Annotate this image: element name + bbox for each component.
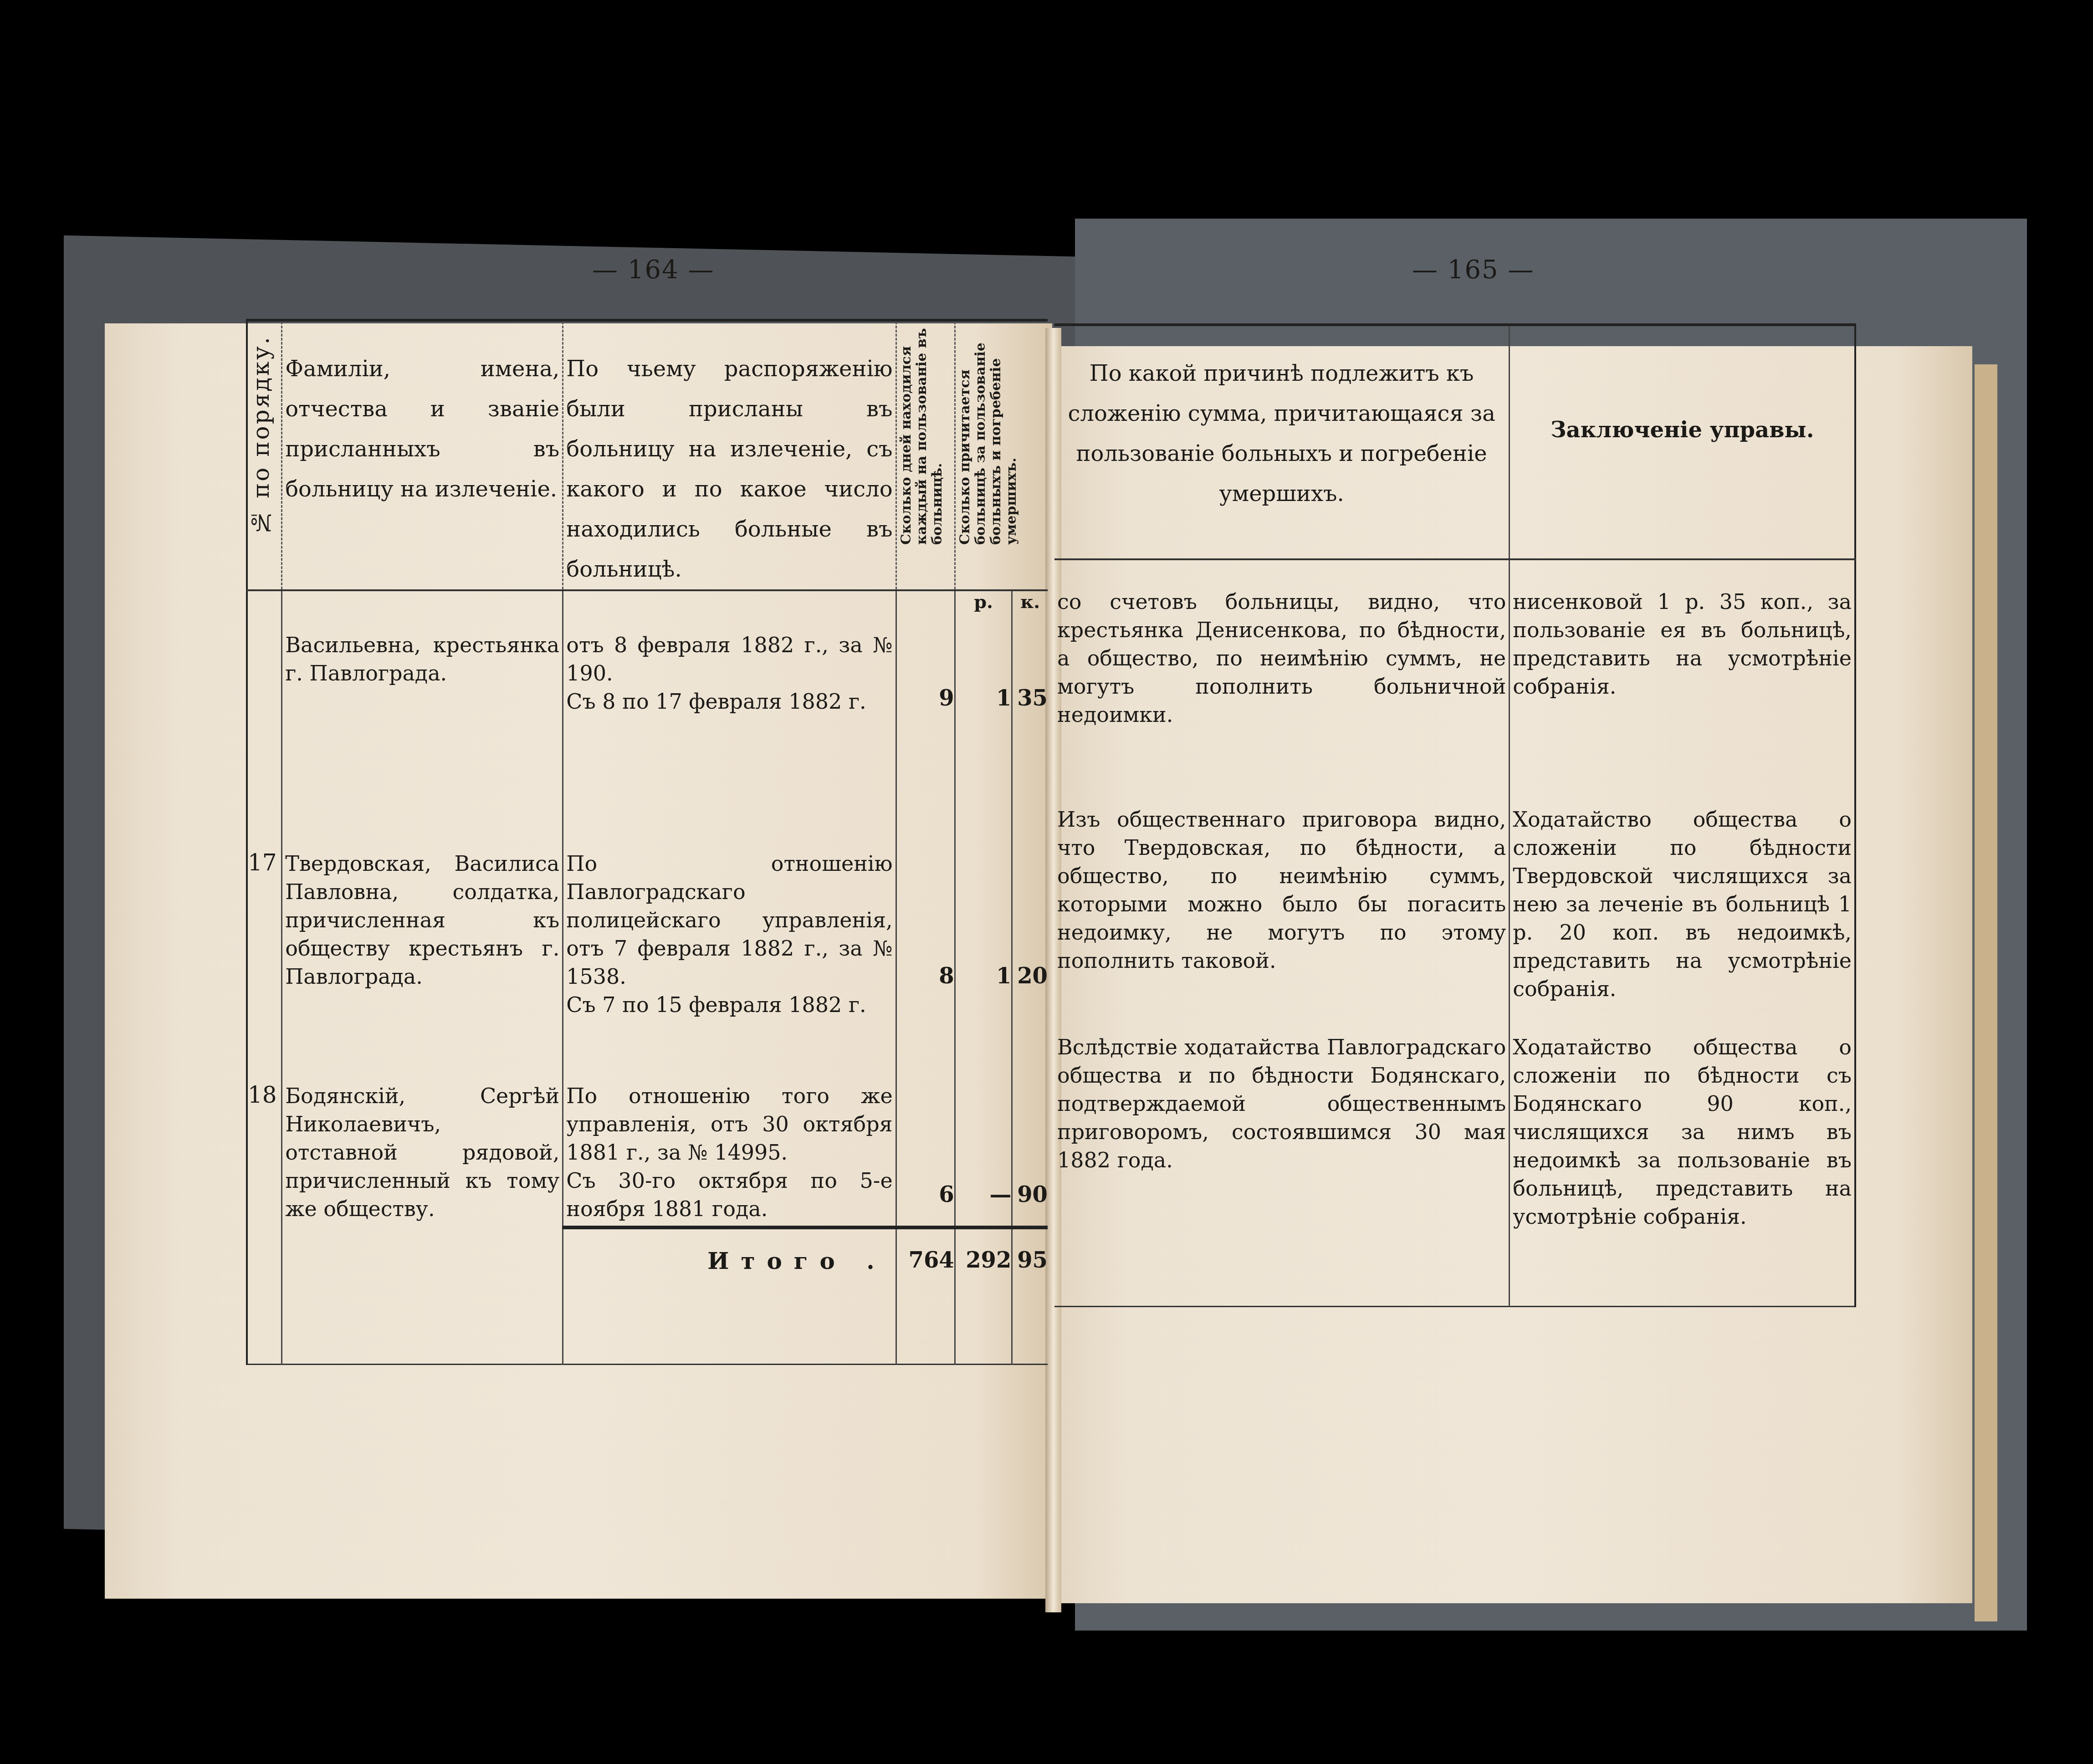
days-count: 9 [896,613,955,849]
table-header-row: № по порядку. Фамиліи, имена, отчества и… [247,320,1048,590]
patient-name: Васильевна, крестьянка г. Павлограда. [282,631,562,687]
stay-period: Съ 8 по 17 февраля 1882 г. [563,687,895,716]
total-days: 764 [896,1227,955,1364]
reason-text: Вслѣдствіе ходатайства Павлоградскаго об… [1054,1033,1509,1174]
days-count: 8 [896,849,955,1082]
row-number: 17 [247,849,282,1082]
total-row: Итого . 764 292 95 [247,1227,1048,1364]
order-reference: отъ 8 февраля 1882 г., за № 190. [563,631,895,687]
hospital-table-left: № по порядку. Фамиліи, имена, отчества и… [246,319,1048,1365]
order-reference: По отношенію Павлоградскаго полицейскаго… [563,849,895,991]
order-reference: По отношенію того же управленія, отъ 30 … [563,1082,895,1166]
reason-text: со счетовъ больницы, видно, что крестьян… [1054,588,1509,729]
table-row: Васильевна, крестьянка г. Павлограда. от… [247,613,1048,849]
table-row: Изъ общественнаго приговора видно, что Т… [1054,805,1855,1033]
conclusion-text: Ходатайство общества о сложеніи по бѣдно… [1510,805,1854,1003]
amount-rub: 1 [955,849,1012,1082]
total-label: Итого . [563,1229,895,1274]
row-number [247,613,282,849]
amount-kop: 90 [1012,1082,1048,1227]
table-row: Вслѣдствіе ходатайства Павлоградскаго об… [1054,1033,1855,1306]
header-conclusion: Заключеніе управы. [1510,326,1854,443]
table-row: 17 Твердовская, Василиса Павловна, солда… [247,849,1048,1082]
amount-kop: 35 [1012,613,1048,849]
amount-rub: 1 [955,613,1012,849]
patient-name: Бодянскій, Сергѣй Николаевичъ, отставной… [282,1082,562,1223]
header-names: Фамиліи, имена, отчества и званіе присла… [282,322,562,509]
reason-text: Изъ общественнаго приговора видно, что Т… [1054,805,1509,975]
conclusion-text: нисенковой 1 р. 35 коп., за пользованіе … [1510,588,1854,700]
amount-rub: — [955,1082,1012,1227]
days-count: 6 [896,1082,955,1227]
table-header-row: По какой причинѣ подлежитъ къ сложенію с… [1054,325,1855,559]
stay-period: Съ 30-го октября по 5-е ноября 1881 года… [563,1166,895,1223]
hospital-table-right: По какой причинѣ подлежитъ къ сложенію с… [1054,323,1856,1307]
amount-kop: 20 [1012,849,1048,1082]
table-row: со счетовъ больницы, видно, что крестьян… [1054,559,1855,805]
conclusion-text: Ходатайство общества о сложеніи по бѣдно… [1510,1033,1854,1231]
total-rub: 292 [955,1227,1012,1364]
page-number-left: — 164 — [592,255,715,285]
total-kop: 95 [1012,1227,1048,1364]
header-order: По чьему распоряженію были присланы въ б… [563,322,895,589]
stay-period: Съ 7 по 15 февраля 1882 г. [563,991,895,1019]
unit-kop: к. [1012,590,1048,613]
unit-rub: р. [955,590,1012,613]
row-number: 18 [247,1082,282,1227]
page-number-right: — 165 — [1412,255,1535,285]
table-row: 18 Бодянскій, Сергѣй Николаевичъ, отстав… [247,1082,1048,1227]
header-days: Сколько дней находился каждый на пользов… [897,322,947,549]
header-reason: По какой причинѣ подлежитъ къ сложенію с… [1054,326,1509,514]
units-row: р. к. [247,590,1048,613]
page-edge [1975,364,1997,1621]
header-row-number: № по порядку. [248,322,274,549]
header-amount: Сколько причитается больницѣ за пользова… [956,322,1021,549]
patient-name: Твердовская, Василиса Павловна, солдатка… [282,849,562,991]
